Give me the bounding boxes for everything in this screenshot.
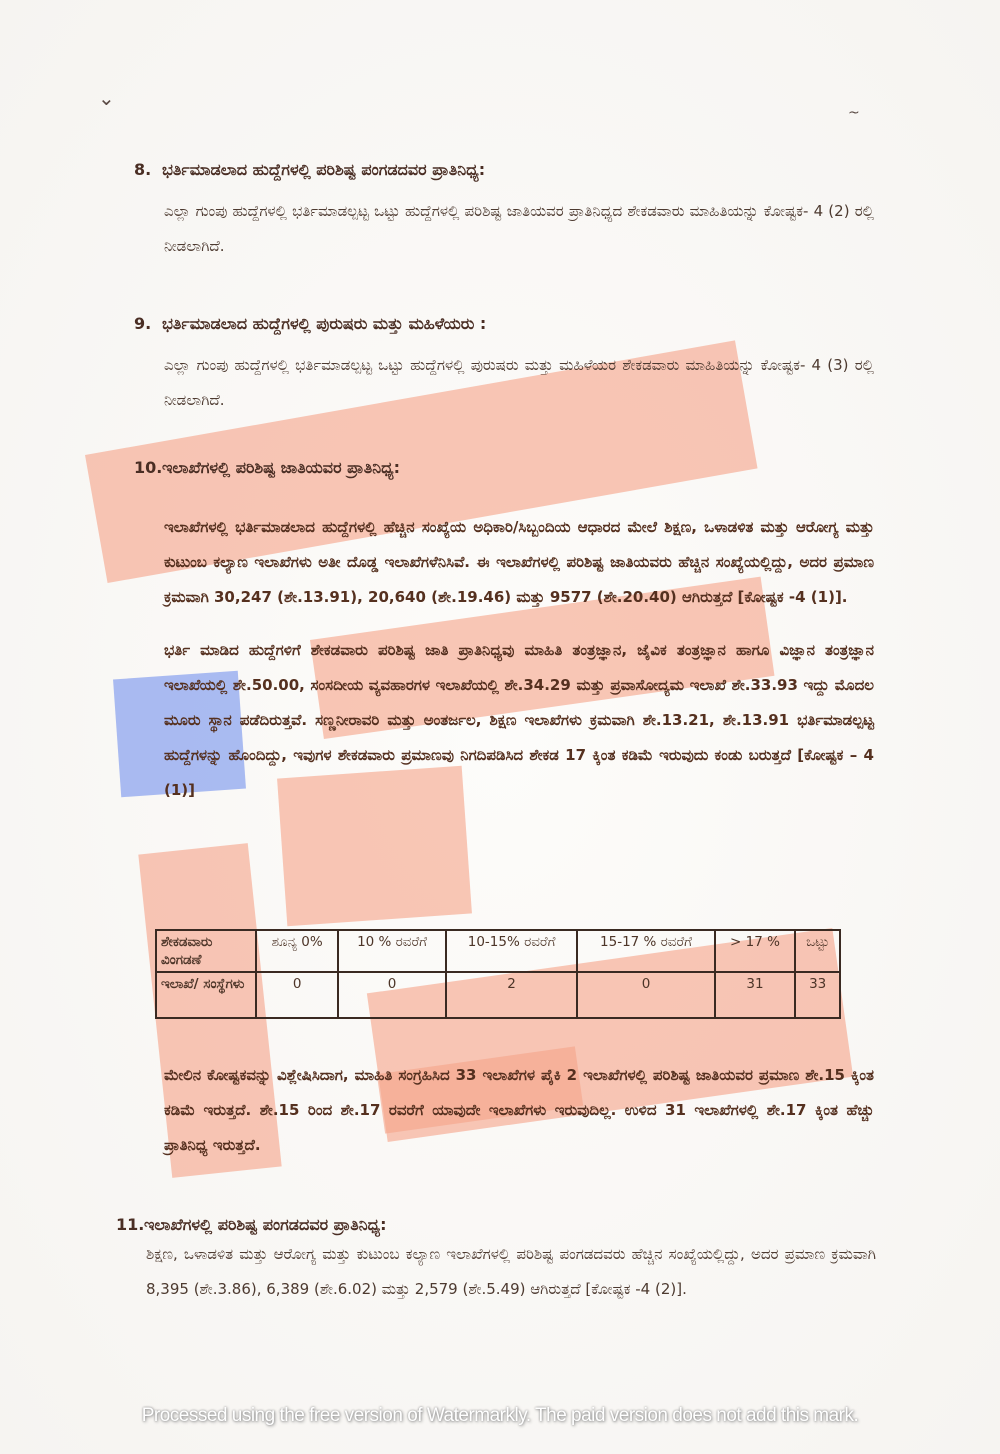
section-paragraph: ಶಿಕ್ಷಣ, ಒಳಾಡಳಿತ ಮತ್ತು ಆರೋಗ್ಯ ಮತ್ತು ಕುಟುಂ… xyxy=(116,1237,876,1307)
watermark-text: Processed using the free version of Wate… xyxy=(0,1405,1000,1427)
section-paragraph: ಎಲ್ಲಾ ಗುಂಪು ಹುದ್ದೆಗಳಲ್ಲಿ ಭರ್ತಿಮಾಡಲ್ಪಟ್ಟ … xyxy=(134,348,874,418)
distribution-table: ಶೇಕಡವಾರು ವಿಂಗಡಣೆ ಶೂನ್ಯ 0% 10 % ರವರೆಗೆ 10… xyxy=(155,929,841,1019)
table-cell: 2 xyxy=(446,972,578,1018)
table-column-header: 10-15% ರವರೆಗೆ xyxy=(446,930,578,972)
scan-speck-right: ~ xyxy=(848,105,860,121)
table-row-label: ಇಲಾಖೆ/ ಸಂಸ್ಥೆಗಳು xyxy=(156,972,256,1018)
table-cell: 31 xyxy=(715,972,796,1018)
table-column-header: 10 % ರವರೆಗೆ xyxy=(338,930,446,972)
table-cell: 0 xyxy=(256,972,338,1018)
table-row-label: ಶೇಕಡವಾರು ವಿಂಗಡಣೆ xyxy=(156,930,256,972)
table-cell: 33 xyxy=(795,972,840,1018)
section-title: ಇಲಾಖೆಗಳಲ್ಲಿ ಪರಿಶಿಷ್ಟ ಪಂಗಡದವರ ಪ್ರಾತಿನಿಧ್ಯ… xyxy=(144,1215,387,1234)
section-number: 10. xyxy=(134,458,162,478)
section-heading: 9.ಭರ್ತಿಮಾಡಲಾದ ಹುದ್ದೆಗಳಲ್ಲಿ ಪುರುಷರು ಮತ್ತು… xyxy=(134,314,874,334)
table-cell: 0 xyxy=(577,972,714,1018)
section-number: 8. xyxy=(134,160,162,180)
table-row: ಇಲಾಖೆ/ ಸಂಸ್ಥೆಗಳು 0 0 2 0 31 33 xyxy=(156,972,840,1018)
scan-speck-left: ⌄ xyxy=(98,86,115,110)
section-10: 10.ಇಲಾಖೆಗಳಲ್ಲಿ ಪರಿಶಿಷ್ಟ ಜಾತಿಯವರ ಪ್ರಾತಿನಿ… xyxy=(134,458,874,808)
section-8: 8.ಭರ್ತಿಮಾಡಲಾದ ಹುದ್ದೆಗಳಲ್ಲಿ ಪರಿಶಿಷ್ಟ ಪಂಗಡ… xyxy=(134,160,874,264)
section-heading: 11.ಇಲಾಖೆಗಳಲ್ಲಿ ಪರಿಶಿಷ್ಟ ಪಂಗಡದವರ ಪ್ರಾತಿನಿ… xyxy=(116,1215,876,1235)
analysis-paragraph: ಮೇಲಿನ ಕೋಷ್ಟಕವನ್ನು ವಿಶ್ಲೇಷಿಸಿದಾಗ, ಮಾಹಿತಿ … xyxy=(134,1058,874,1163)
section-heading: 8.ಭರ್ತಿಮಾಡಲಾದ ಹುದ್ದೆಗಳಲ್ಲಿ ಪರಿಶಿಷ್ಟ ಪಂಗಡ… xyxy=(134,160,874,180)
section-11: 11.ಇಲಾಖೆಗಳಲ್ಲಿ ಪರಿಶಿಷ್ಟ ಪಂಗಡದವರ ಪ್ರಾತಿನಿ… xyxy=(116,1215,876,1307)
table-header-row: ಶೇಕಡವಾರು ವಿಂಗಡಣೆ ಶೂನ್ಯ 0% 10 % ರವರೆಗೆ 10… xyxy=(156,930,840,972)
section-paragraph: ಎಲ್ಲಾ ಗುಂಪು ಹುದ್ದೆಗಳಲ್ಲಿ ಭರ್ತಿಮಾಡಲ್ಪಟ್ಟ … xyxy=(134,194,874,264)
section-title: ಭರ್ತಿಮಾಡಲಾದ ಹುದ್ದೆಗಳಲ್ಲಿ ಪರಿಶಿಷ್ಟ ಪಂಗಡದವ… xyxy=(162,160,485,179)
table-cell: 0 xyxy=(338,972,446,1018)
table-analysis: ಮೇಲಿನ ಕೋಷ್ಟಕವನ್ನು ವಿಶ್ಲೇಷಿಸಿದಾಗ, ಮಾಹಿತಿ … xyxy=(134,1058,874,1163)
section-number: 11. xyxy=(116,1215,144,1235)
table-column-header: 15-17 % ರವರೆಗೆ xyxy=(577,930,714,972)
section-9: 9.ಭರ್ತಿಮಾಡಲಾದ ಹುದ್ದೆಗಳಲ್ಲಿ ಪುರುಷರು ಮತ್ತು… xyxy=(134,314,874,418)
table-column-header: > 17 % xyxy=(715,930,796,972)
section-title: ಭರ್ತಿಮಾಡಲಾದ ಹುದ್ದೆಗಳಲ್ಲಿ ಪುರುಷರು ಮತ್ತು ಮ… xyxy=(162,314,486,333)
section-number: 9. xyxy=(134,314,162,334)
table-column-header: ಒಟ್ಟು xyxy=(795,930,840,972)
section-heading: 10.ಇಲಾಖೆಗಳಲ್ಲಿ ಪರಿಶಿಷ್ಟ ಜಾತಿಯವರ ಪ್ರಾತಿನಿ… xyxy=(134,458,874,478)
section-paragraph: ಭರ್ತಿ ಮಾಡಿದ ಹುದ್ದೆಗಳಿಗೆ ಶೇಕಡವಾರು ಪರಿಶಿಷ್… xyxy=(134,633,874,808)
table-column-header: ಶೂನ್ಯ 0% xyxy=(256,930,338,972)
section-paragraph: ಇಲಾಖೆಗಳಲ್ಲಿ ಭರ್ತಿಮಾಡಲಾದ ಹುದ್ದೆಗಳಲ್ಲಿ ಹೆಚ… xyxy=(134,510,874,615)
section-title: ಇಲಾಖೆಗಳಲ್ಲಿ ಪರಿಶಿಷ್ಟ ಜಾತಿಯವರ ಪ್ರಾತಿನಿಧ್ಯ… xyxy=(162,458,400,477)
